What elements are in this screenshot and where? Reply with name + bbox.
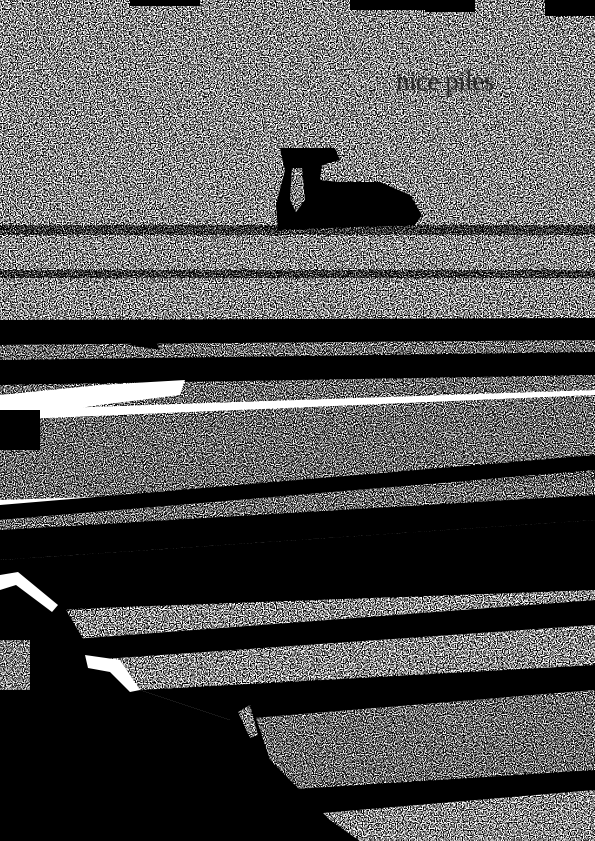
photo-canvas: nice piles	[0, 0, 595, 841]
dithered-photo	[0, 0, 595, 841]
caption-text: nice piles	[396, 66, 494, 97]
